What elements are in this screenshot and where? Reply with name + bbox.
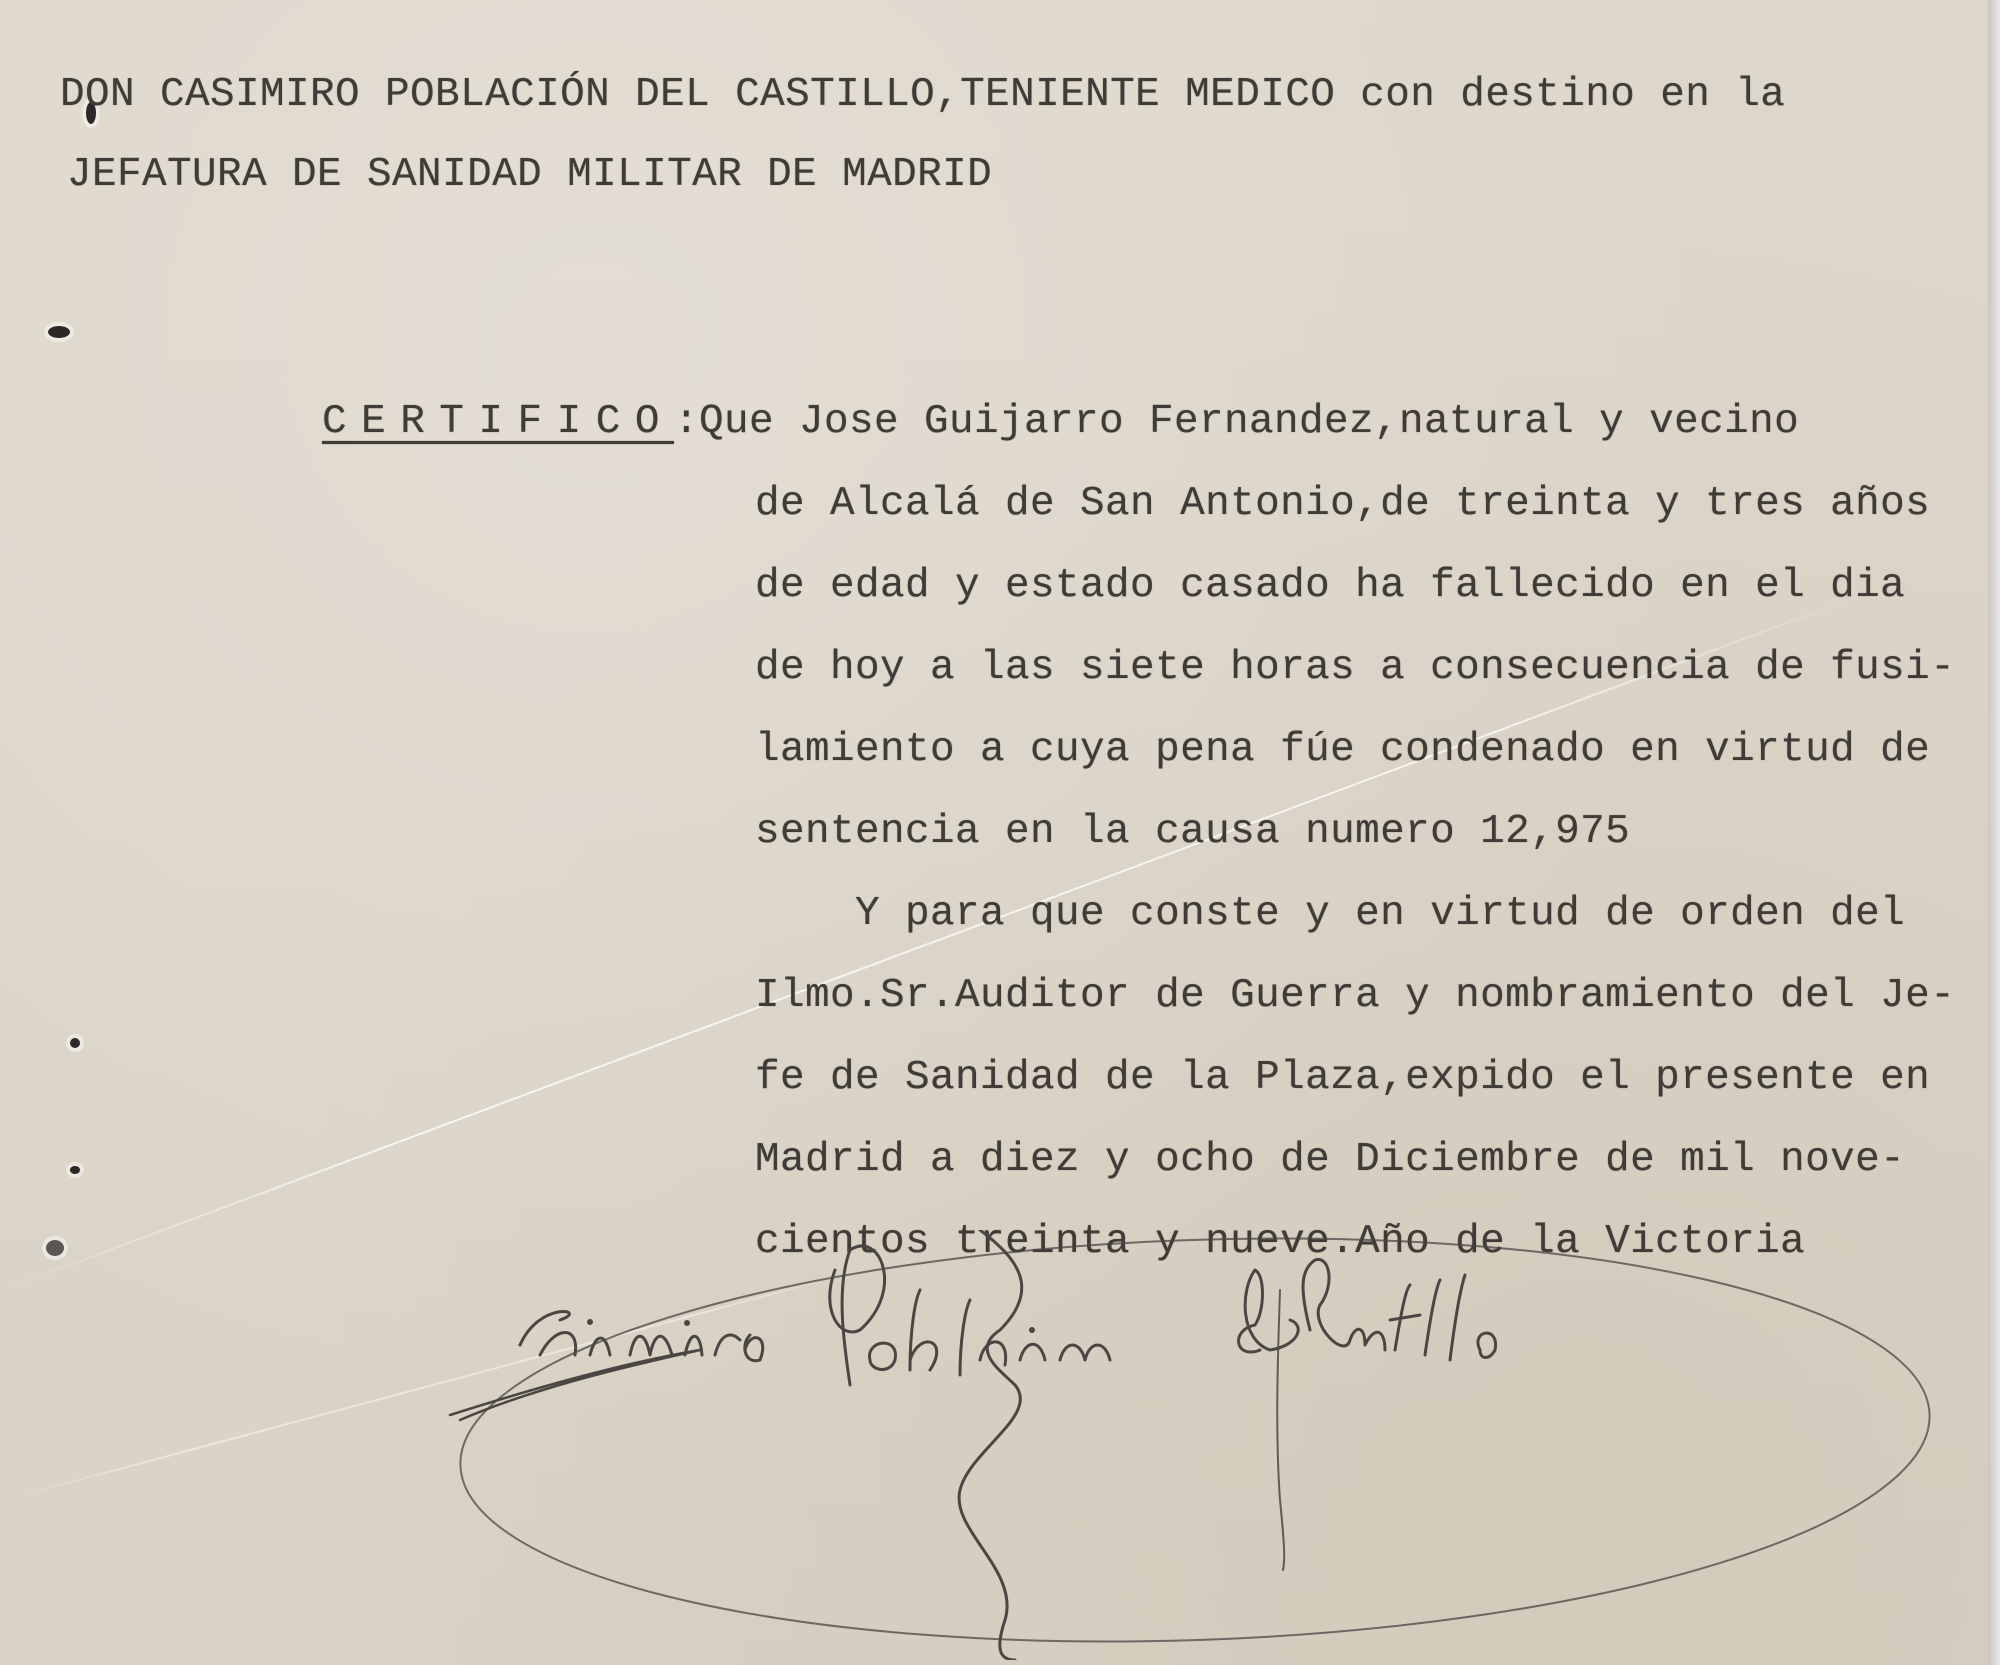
binder-hole: [46, 1240, 64, 1256]
binder-hole: [48, 326, 70, 338]
body-line: de hoy a las siete horas a consecuencia …: [755, 643, 1955, 693]
certifico-line: CERTIFICO:Que Jose Guijarro Fernandez,na…: [322, 397, 1799, 447]
handwritten-signature: Casimiro Poblacion del Castillo: [440, 1230, 1980, 1660]
scan-edge: [1988, 0, 2000, 1665]
body-line: de edad y estado casado ha fallecido en …: [755, 561, 1905, 611]
body-line: Madrid a diez y ocho de Diciembre de mil…: [755, 1135, 1905, 1185]
certifico-heading: CERTIFICO: [322, 399, 674, 445]
body-line: Y para que conste y en virtud de orden d…: [755, 889, 1905, 939]
body-line: Ilmo.Sr.Auditor de Guerra y nombramiento…: [755, 971, 1955, 1021]
binder-hole: [70, 1038, 80, 1048]
body-line: de Alcalá de San Antonio,de treinta y tr…: [755, 479, 1930, 529]
certifico-text: :Que Jose Guijarro Fernandez,natural y v…: [674, 399, 1799, 445]
header-line-2: JEFATURA DE SANIDAD MILITAR DE MADRID: [67, 150, 992, 200]
paper-crease: [0, 590, 1874, 1292]
binder-hole: [70, 1166, 80, 1174]
body-line: sentencia en la causa numero 12,975: [755, 807, 1630, 857]
document-page: DON CASIMIRO POBLACIÓN DEL CASTILLO,TENI…: [0, 0, 1988, 1665]
body-line: lamiento a cuya pena fúe condenado en vi…: [755, 725, 1930, 775]
header-line-1: DON CASIMIRO POBLACIÓN DEL CASTILLO,TENI…: [60, 70, 1785, 120]
body-line: fe de Sanidad de la Plaza,expido el pres…: [755, 1053, 1930, 1103]
